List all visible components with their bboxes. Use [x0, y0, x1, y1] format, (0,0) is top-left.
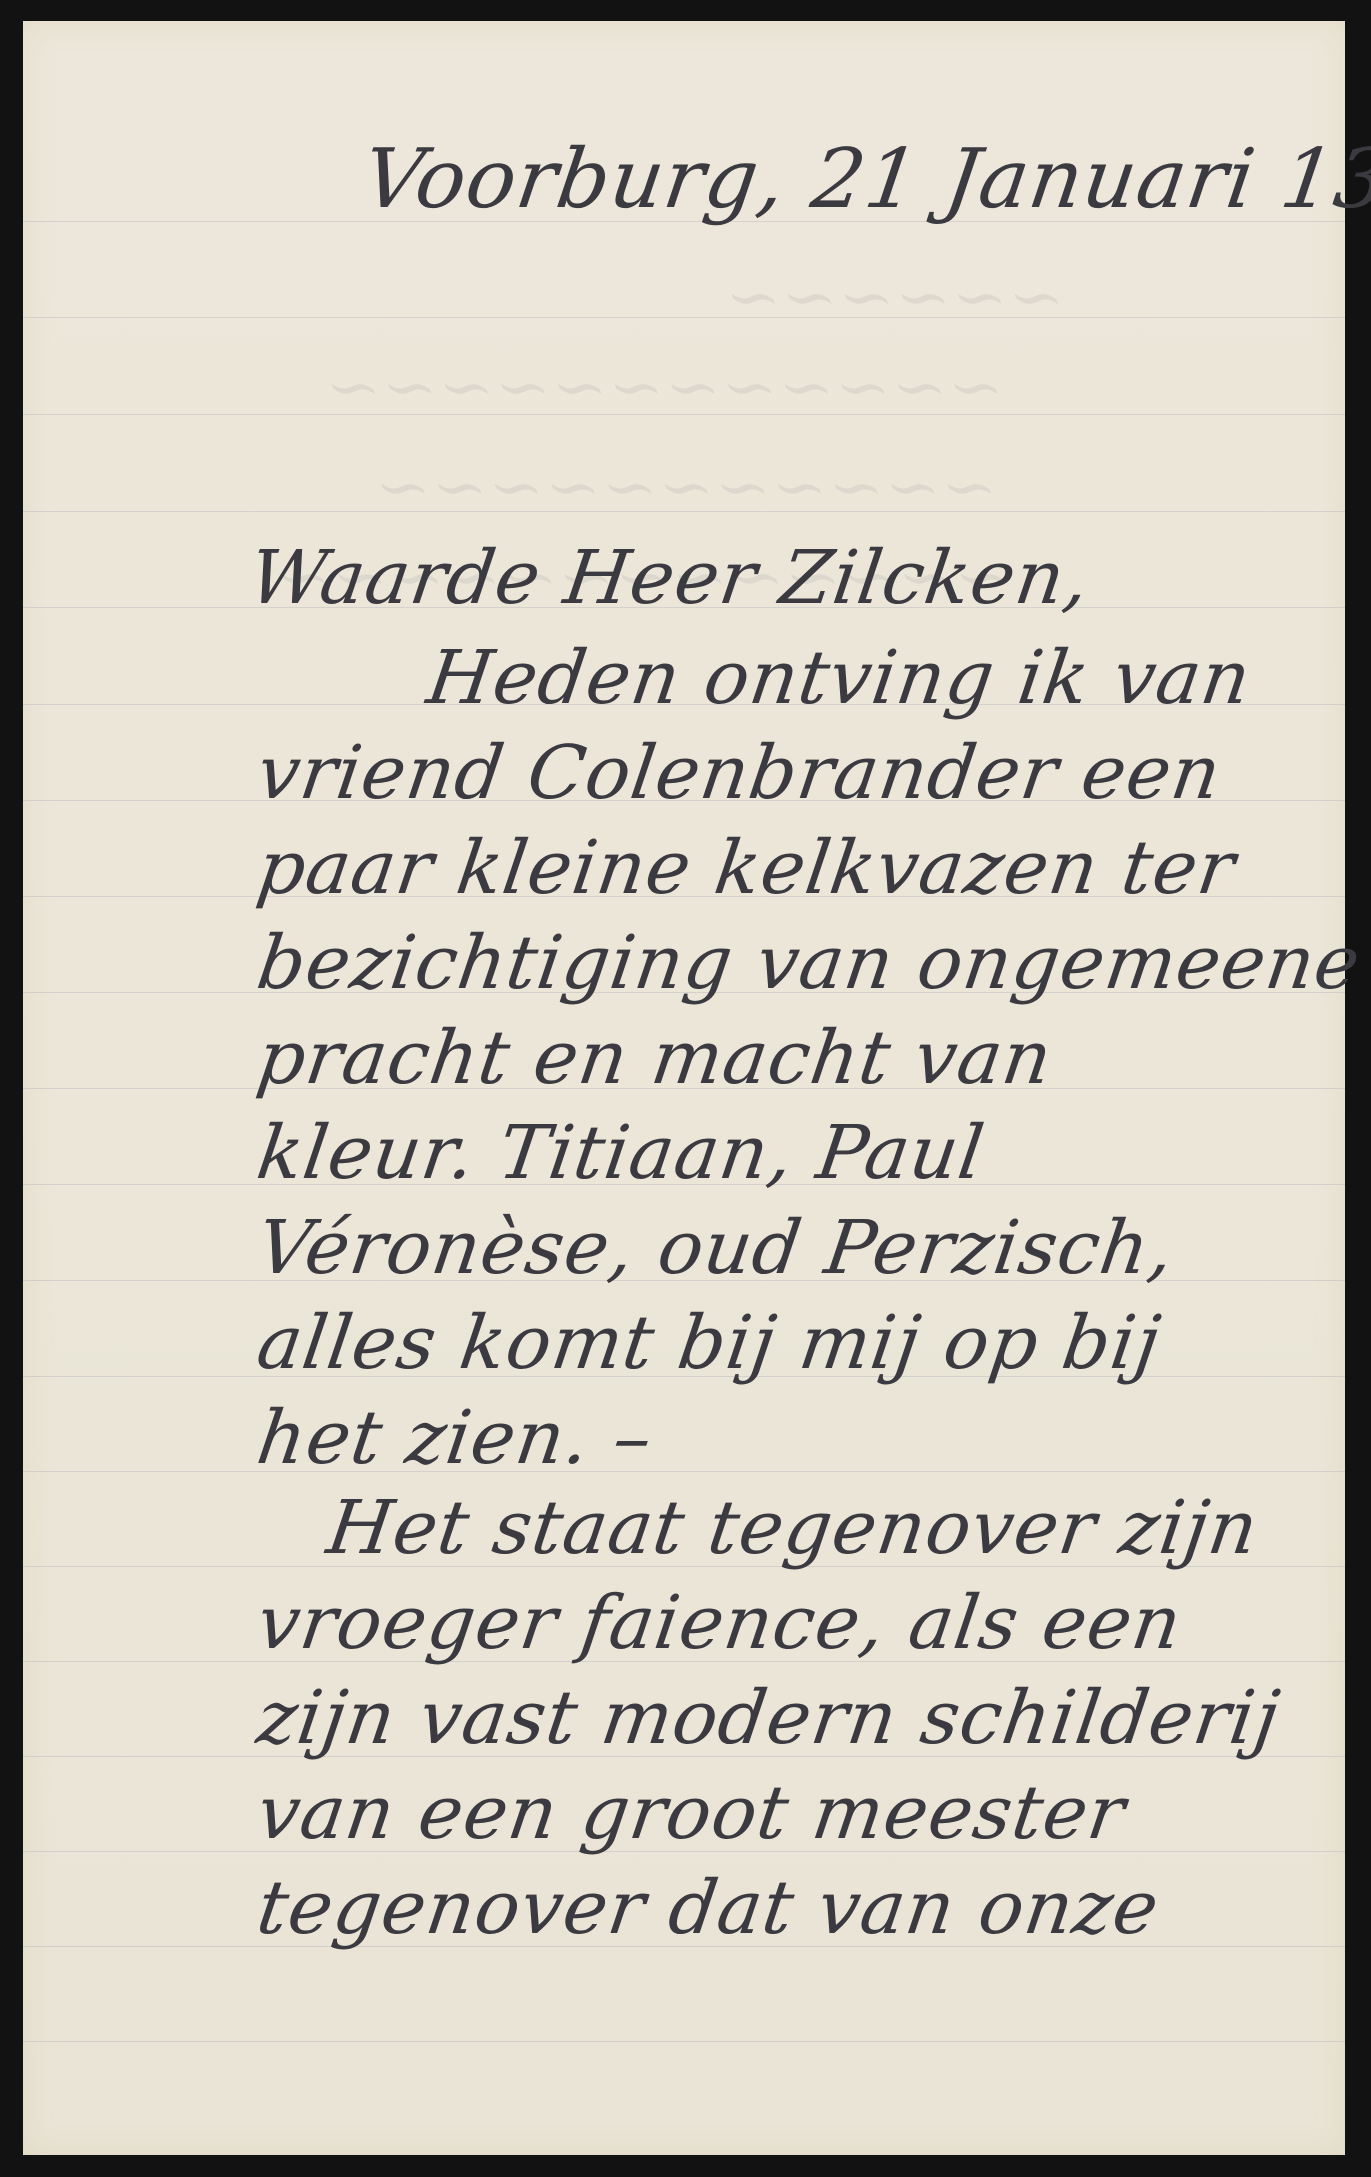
- body-line: het zien. –: [253, 1401, 657, 1475]
- ruled-line: [23, 2041, 1345, 2042]
- body-line: alles komt bij mij op bij: [253, 1306, 1165, 1380]
- body-line: bezichtiging van ongemeene: [253, 926, 1365, 1000]
- letter-page: ~~~~~~ ~~~~~~~~~~~~ ~~~~~~~~~~~ ~~~~~~~~…: [23, 21, 1345, 2155]
- body-line: Heden ontving ik van: [423, 641, 1256, 715]
- ruled-line: [23, 1471, 1345, 1472]
- body-line: zijn vast modern schilderij: [253, 1681, 1284, 1755]
- body-line: paar kleine kelkvazen ter: [253, 831, 1240, 905]
- salutation: Waarde Heer Zilcken,: [245, 541, 1094, 615]
- body-line: vriend Colenbrander een: [253, 736, 1226, 810]
- body-line: kleur. Titiaan, Paul: [253, 1116, 989, 1190]
- body-line: pracht en macht van: [253, 1021, 1057, 1095]
- date-line: Voorburg, 21 Januari 13.: [358, 139, 1371, 221]
- ruled-line: [23, 317, 1345, 318]
- show-through-ink: ~~~~~~: [711, 261, 1075, 335]
- body-line: van een groot meester: [253, 1776, 1130, 1850]
- show-through-ink: ~~~~~~~~~~~~: [311, 351, 1015, 425]
- body-line: Het staat tegenover zijn: [323, 1491, 1263, 1565]
- show-through-ink: ~~~~~~~~~~~: [361, 451, 1008, 525]
- body-line: vroeger faience, als een: [253, 1586, 1186, 1660]
- body-line: Véronèse, oud Perzisch,: [253, 1211, 1179, 1285]
- body-line: tegenover dat van onze: [253, 1871, 1164, 1945]
